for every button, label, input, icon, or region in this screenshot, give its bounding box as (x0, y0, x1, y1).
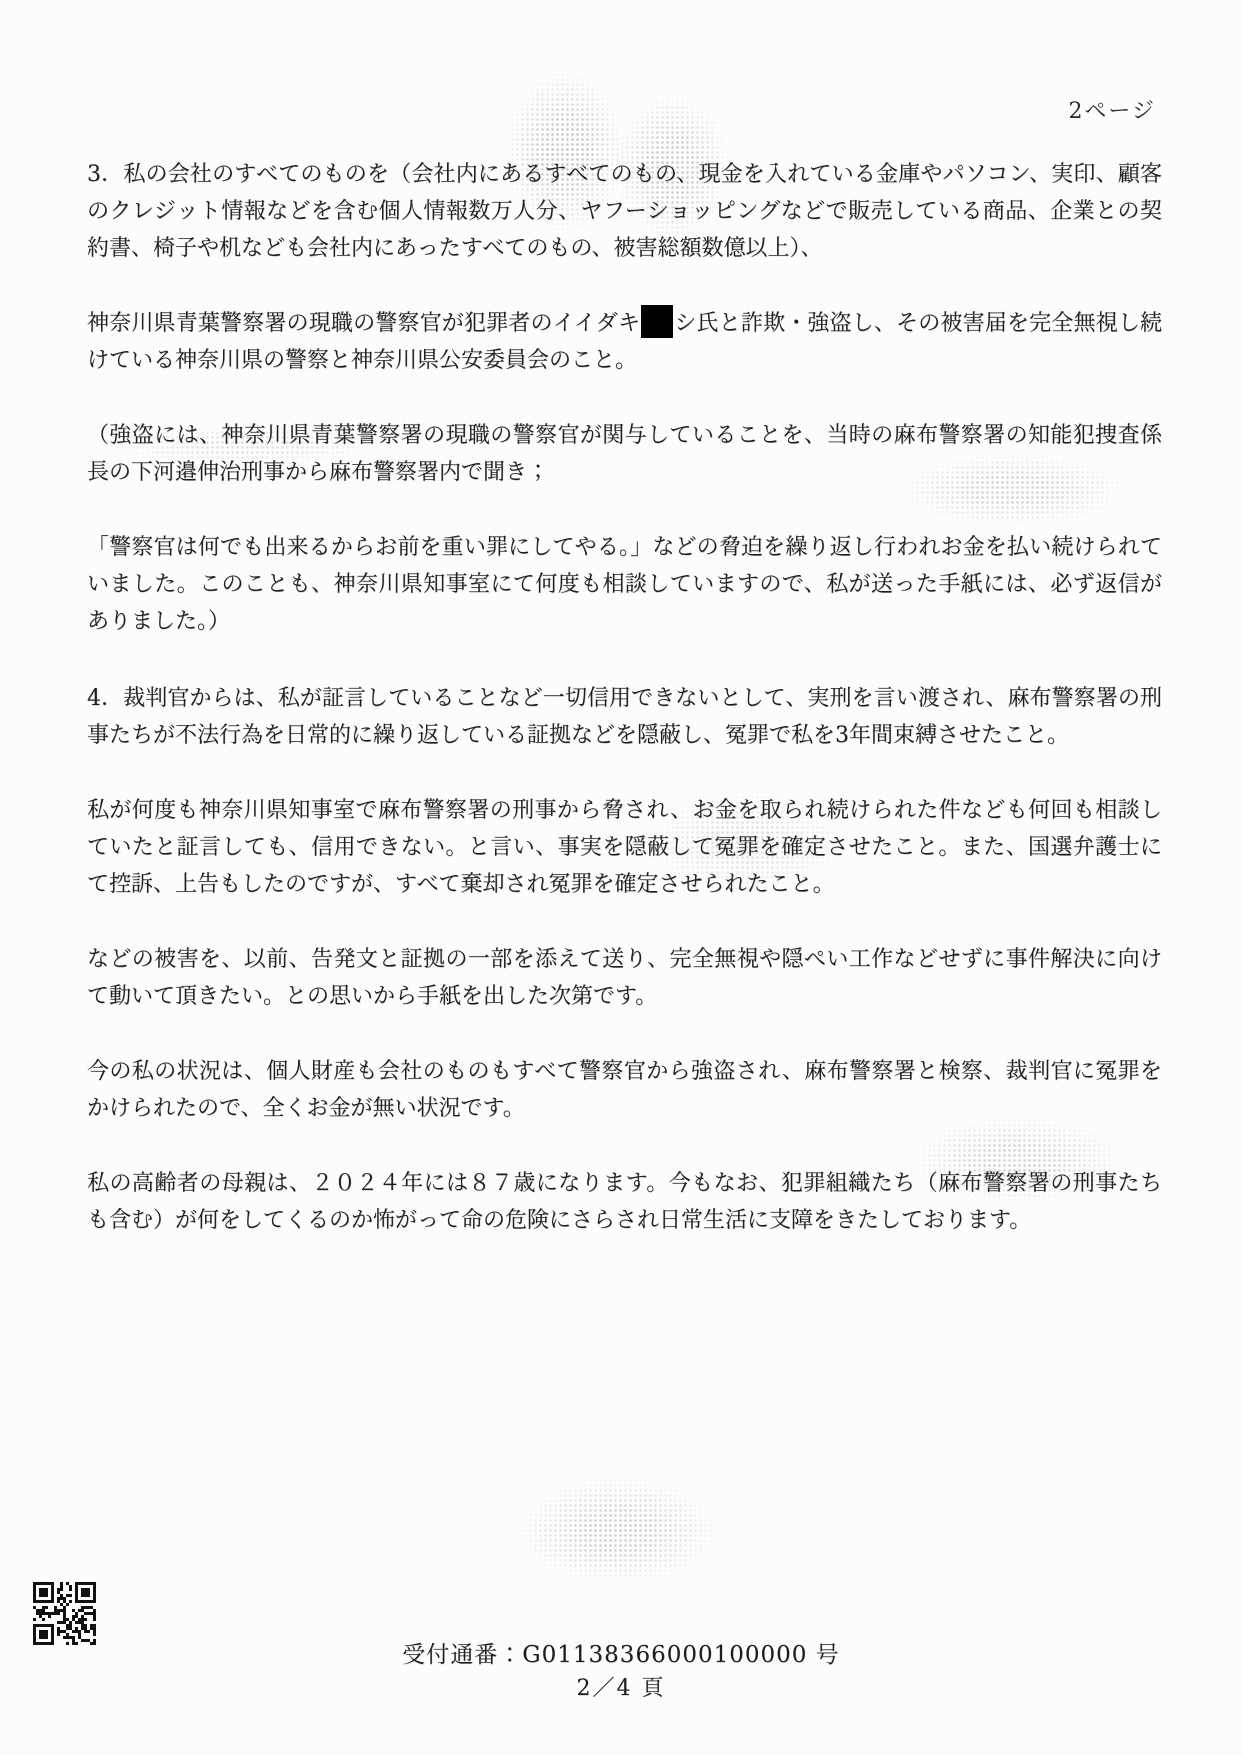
paragraph-request: などの被害を、以前、告発文と証拠の一部を添えて送り、完全無視や隠ぺい工作などせず… (87, 941, 1162, 1015)
paragraph-mother: 私の高齢者の母親は、２０２４年には８７歳になります。今もなお、犯罪組織たち（麻布… (87, 1165, 1162, 1239)
paragraph-item3: 3．私の会社のすべてのものを（会社内にあるすべてのもの、現金を入れている金庫やパ… (87, 156, 1162, 267)
paragraph-item4: 4．裁判官からは、私が証言していることなど一切信用できないとして、実刑を言い渡さ… (87, 680, 1162, 754)
paragraph-threats: 「警察官は何でも出来るからお前を重い罪にしてやる。」などの脅迫を繰り返し行われお… (87, 529, 1162, 640)
page-number: 2ページ (1068, 94, 1156, 125)
scan-smudge (518, 1478, 718, 1583)
paragraph-police-fraud: 神奈川県青葉警察署の現職の警察官が犯罪者のイイダキシ氏と詐欺・強盗し、その被害届… (87, 305, 1162, 379)
document-page: 2ページ 3．私の会社のすべてのものを（会社内にあるすべてのもの、現金を入れてい… (0, 0, 1242, 1755)
receipt-number: 受付通番：G01138366000100000 号 (0, 1636, 1242, 1669)
page-indicator: 2／4 頁 (0, 1671, 1242, 1702)
paragraph-testimony: 私が何度も神奈川県知事室で麻布警察署の刑事から脅され、お金を取られ続けられた件な… (87, 792, 1162, 903)
paragraph-text-before-redaction: 神奈川県青葉警察署の現職の警察官が犯罪者のイイダキ (87, 311, 640, 336)
paragraph-current-situation: 今の私の状況は、個人財産も会社のものもすべて警察官から強盗され、麻布警察署と検察… (87, 1053, 1162, 1127)
paragraph-robbery-note: （強盗には、神奈川県青葉警察署の現職の警察官が関与していることを、当時の麻布警察… (87, 417, 1162, 491)
redaction-box (641, 305, 673, 338)
letter-body: 3．私の会社のすべてのものを（会社内にあるすべてのもの、現金を入れている金庫やパ… (87, 156, 1162, 1277)
